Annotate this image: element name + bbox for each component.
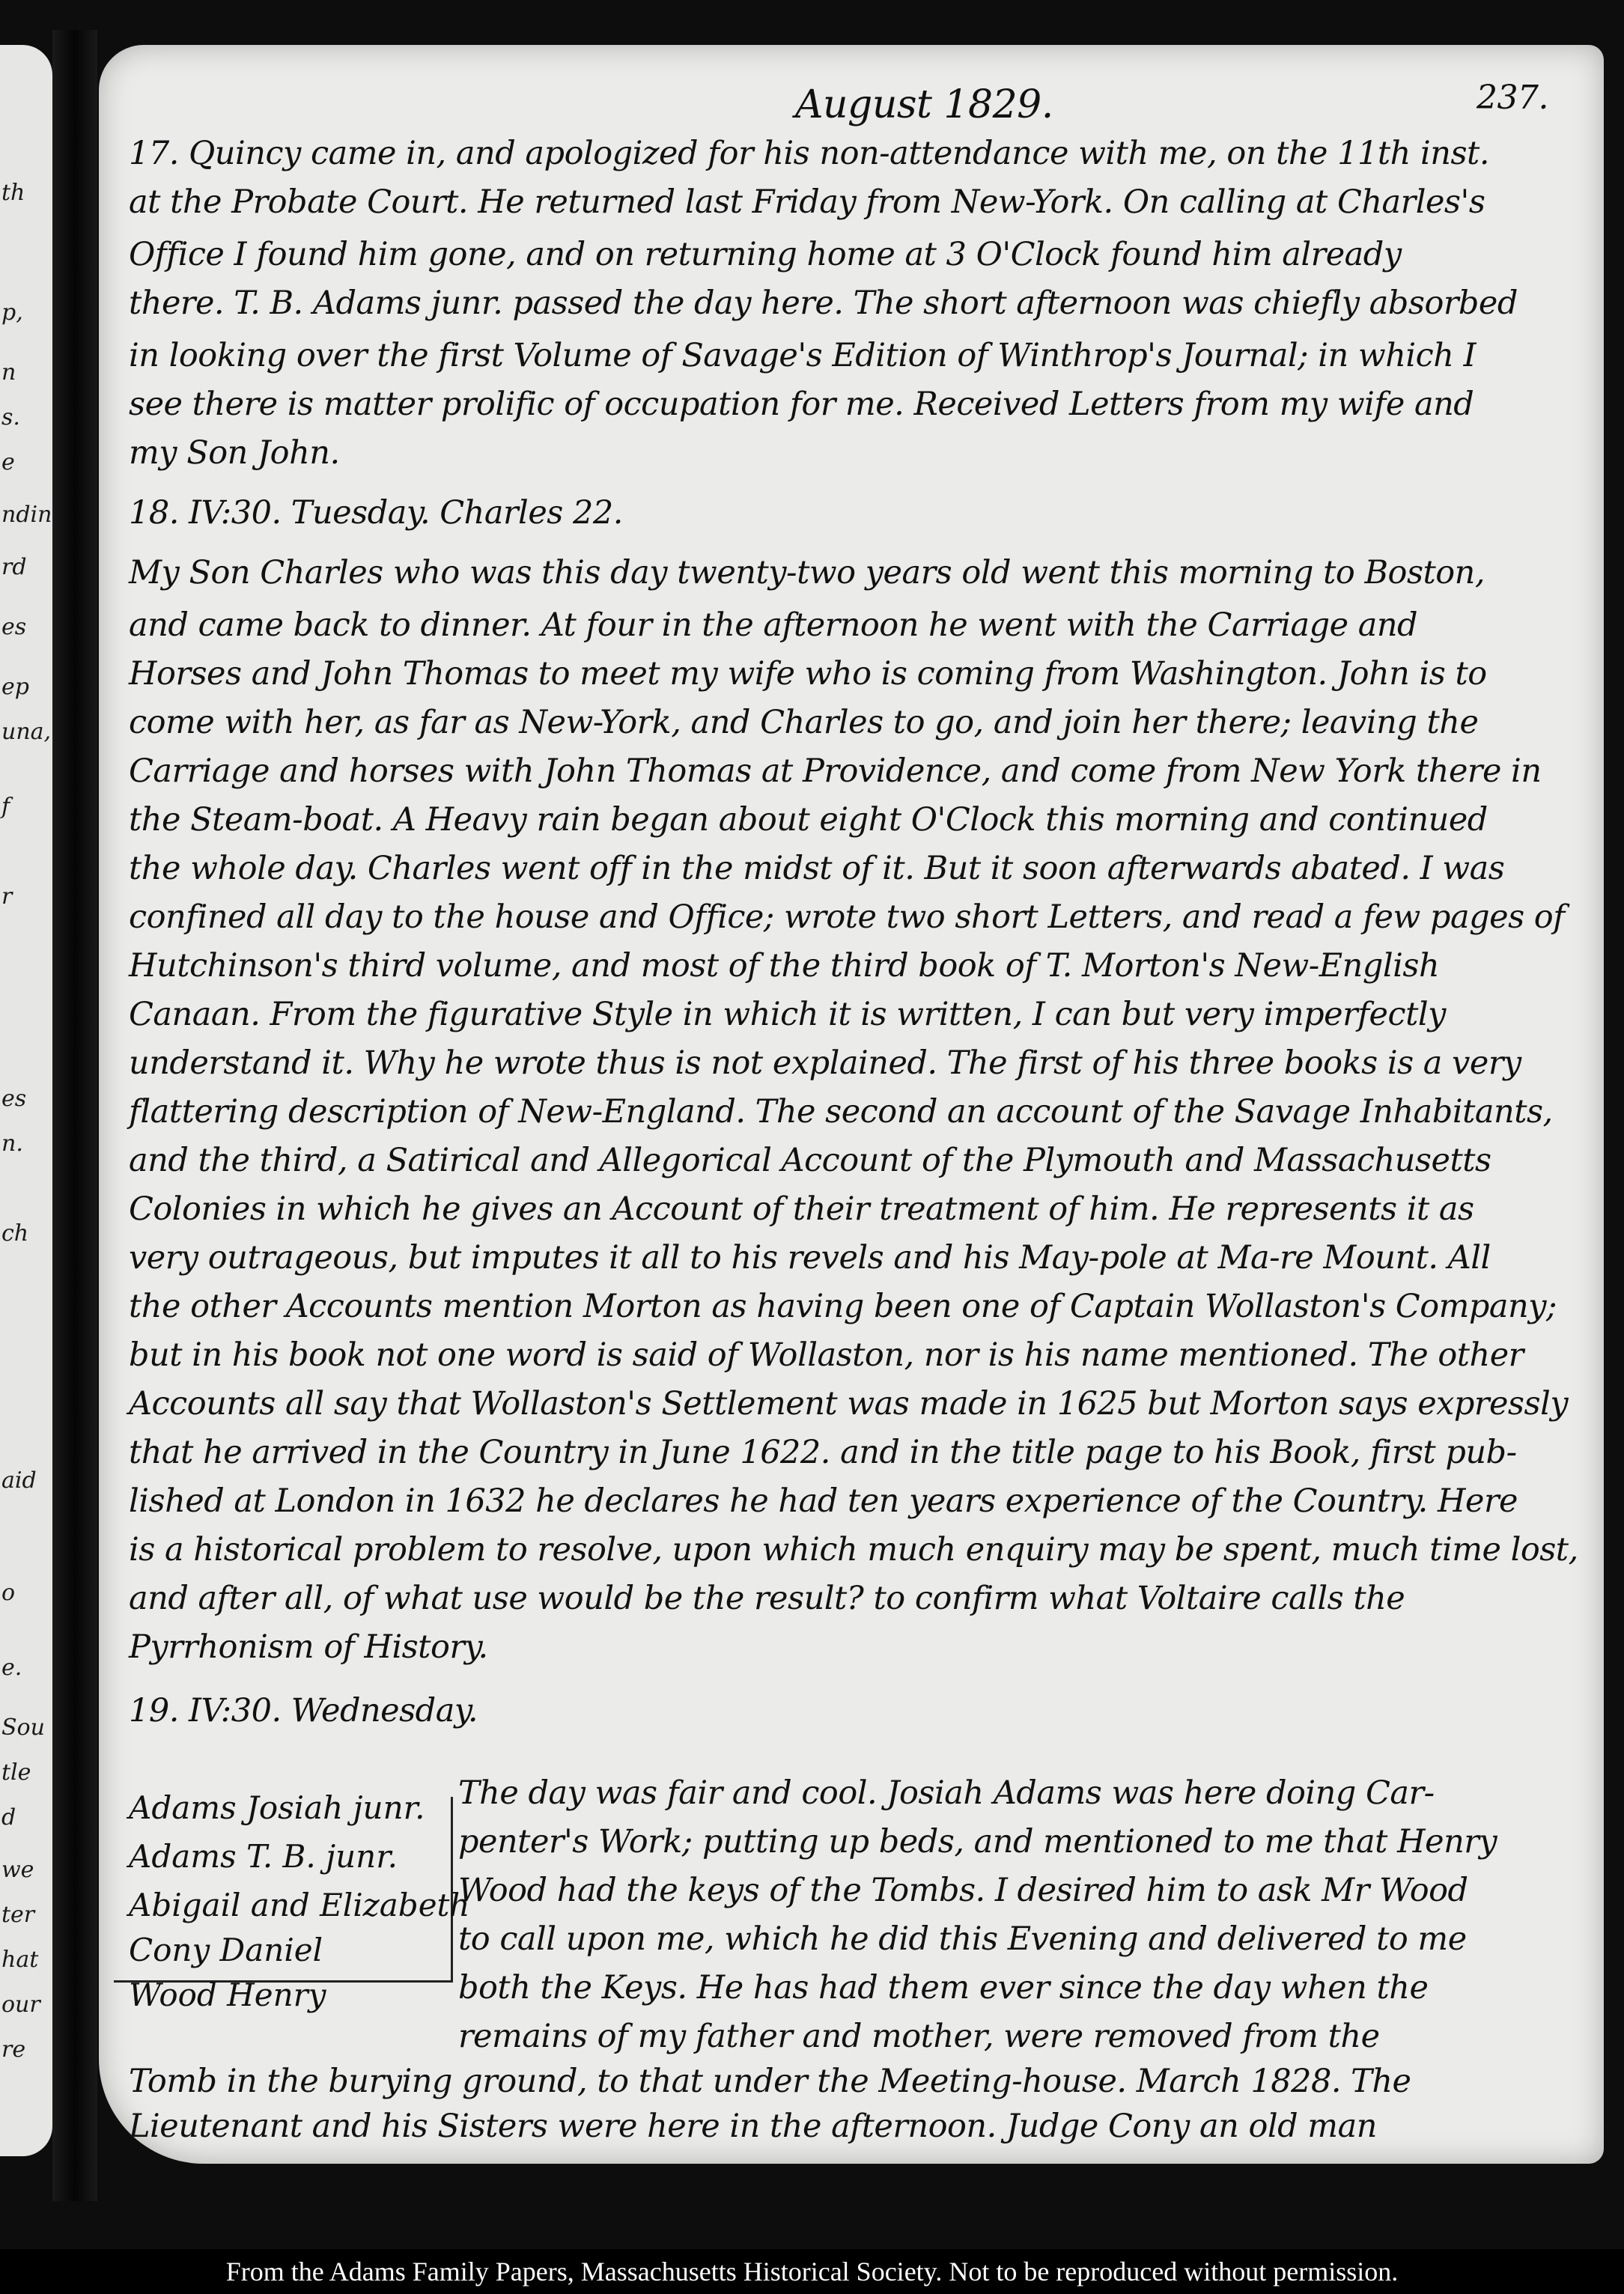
margin-fragment: Sou bbox=[1, 1715, 45, 1741]
entry-18-line: understand it. Why he wrote thus is not … bbox=[129, 1044, 1521, 1082]
entry-19-line: The day was fair and cool. Josiah Adams … bbox=[458, 1774, 1435, 1812]
margin-name: Adams T. B. junr. bbox=[129, 1838, 398, 1875]
margin-name: Cony Daniel bbox=[129, 1932, 323, 1968]
entry-18-line: Carriage and horses with John Thomas at … bbox=[129, 752, 1542, 790]
margin-fragment: th bbox=[1, 180, 25, 206]
entry-19-line: remains of my father and mother, were re… bbox=[458, 2018, 1380, 2055]
entry-19-line: Tomb in the burying ground, to that unde… bbox=[129, 2063, 1411, 2100]
entry-17-line: my Son John. bbox=[129, 434, 340, 472]
entry-18-line: flattering description of New-England. T… bbox=[129, 1093, 1553, 1131]
entry-18-line: confined all day to the house and Office… bbox=[129, 898, 1565, 936]
margin-fragment: o bbox=[1, 1580, 15, 1606]
margin-fragment: n bbox=[1, 359, 16, 386]
entry-17-line: there. T. B. Adams junr. passed the day … bbox=[129, 285, 1518, 322]
entry-18-line: Canaan. From the figurative Style in whi… bbox=[129, 996, 1446, 1033]
entry-19-heading: 19. IV:30. Wednesday. bbox=[129, 1692, 478, 1729]
book-gutter bbox=[52, 30, 97, 2201]
margin-fragment: our bbox=[1, 1992, 40, 2018]
entry-18-line: the other Accounts mention Morton as hav… bbox=[129, 1288, 1557, 1325]
margin-index-box: Adams Josiah junr. Adams T. B. junr. Abi… bbox=[114, 1797, 453, 1983]
entry-18-line: but in his book not one word is said of … bbox=[129, 1336, 1524, 1374]
margin-fragment: ep bbox=[1, 674, 29, 700]
margin-fragment: r bbox=[1, 883, 12, 910]
entry-18-line: Accounts all say that Wollaston's Settle… bbox=[129, 1385, 1568, 1423]
margin-fragment: rd bbox=[1, 554, 27, 580]
entry-18-line: the whole day. Charles went off in the m… bbox=[129, 850, 1504, 887]
margin-name: Abigail and Elizabeth bbox=[129, 1887, 469, 1923]
entry-19-line: Lieutenant and his Sisters were here in … bbox=[129, 2108, 1377, 2145]
margin-fragment: ter bbox=[1, 1902, 34, 1928]
margin-fragment: e. bbox=[1, 1655, 22, 1681]
entry-18-line: is a historical problem to resolve, upon… bbox=[129, 1531, 1578, 1569]
margin-fragment: es bbox=[1, 614, 26, 640]
page-title: August 1829. bbox=[795, 82, 1053, 127]
margin-fragment: ch bbox=[1, 1220, 28, 1247]
entry-18-line: and the third, a Satirical and Allegoric… bbox=[129, 1142, 1491, 1179]
manuscript-page: August 1829. 237. 17. Quincy came in, an… bbox=[99, 45, 1604, 2164]
entry-18-line: the Steam-boat. A Heavy rain began about… bbox=[129, 801, 1488, 839]
entry-19-line: penter's Work; putting up beds, and ment… bbox=[458, 1823, 1497, 1861]
entry-18-line: and came back to dinner. At four in the … bbox=[129, 606, 1417, 644]
margin-fragment: aid bbox=[1, 1467, 37, 1494]
entry-18-line: and after all, of what use would be the … bbox=[129, 1580, 1405, 1617]
margin-name: Wood Henry bbox=[129, 1977, 326, 2013]
entry-19-line: to call upon me, which he did this Eveni… bbox=[458, 1920, 1467, 1958]
entry-18-line: that he arrived in the Country in June 1… bbox=[129, 1434, 1517, 1471]
margin-name: Adams Josiah junr. bbox=[129, 1789, 425, 1826]
entry-18-line: come with her, as far as New-York, and C… bbox=[129, 704, 1478, 741]
entry-18-heading: 18. IV:30. Tuesday. Charles 22. bbox=[129, 494, 623, 532]
previous-page-edge: th p, n s. e nding rd es ep una, f r es … bbox=[0, 45, 52, 2156]
margin-fragment: una, bbox=[1, 719, 51, 745]
margin-fragment: tle bbox=[1, 1759, 31, 1786]
entry-19-line: Wood had the keys of the Tombs. I desire… bbox=[458, 1872, 1468, 1909]
entry-18-line: My Son Charles who was this day twenty-t… bbox=[129, 554, 1485, 591]
margin-fragment: es bbox=[1, 1086, 26, 1112]
entry-19-line: both the Keys. He has had them ever sinc… bbox=[458, 1969, 1428, 2007]
entry-18-line: Hutchinson's third volume, and most of t… bbox=[129, 947, 1439, 985]
entry-17-line: in looking over the first Volume of Sava… bbox=[129, 337, 1476, 374]
margin-fragment: e bbox=[1, 449, 15, 475]
entry-17-line: at the Probate Court. He returned last F… bbox=[129, 183, 1485, 221]
margin-fragment: f bbox=[1, 794, 10, 820]
margin-fragment: p, bbox=[1, 299, 23, 326]
margin-fragment: n. bbox=[1, 1131, 23, 1157]
copyright-footer: From the Adams Family Papers, Massachuse… bbox=[0, 2249, 1624, 2294]
entry-18-line: very outrageous, but imputes it all to h… bbox=[129, 1239, 1491, 1277]
margin-fragment: hat bbox=[1, 1947, 38, 1973]
entry-18-line: Pyrrhonism of History. bbox=[129, 1628, 488, 1666]
entry-18-line: lished at London in 1632 he declares he … bbox=[129, 1482, 1518, 1520]
entry-17-line: 17. Quincy came in, and apologized for h… bbox=[129, 135, 1489, 172]
margin-fragment: re bbox=[1, 2036, 25, 2063]
page-number: 237. bbox=[1476, 79, 1548, 117]
margin-fragment: d bbox=[1, 1804, 16, 1831]
margin-fragment: s. bbox=[1, 404, 20, 430]
entry-18-line: Colonies in which he gives an Account of… bbox=[129, 1190, 1474, 1228]
entry-17-line: see there is matter prolific of occupati… bbox=[129, 386, 1474, 423]
entry-18-line: Horses and John Thomas to meet my wife w… bbox=[129, 655, 1487, 693]
margin-fragment: we bbox=[1, 1857, 34, 1883]
entry-17-line: Office I found him gone, and on returnin… bbox=[129, 236, 1402, 273]
